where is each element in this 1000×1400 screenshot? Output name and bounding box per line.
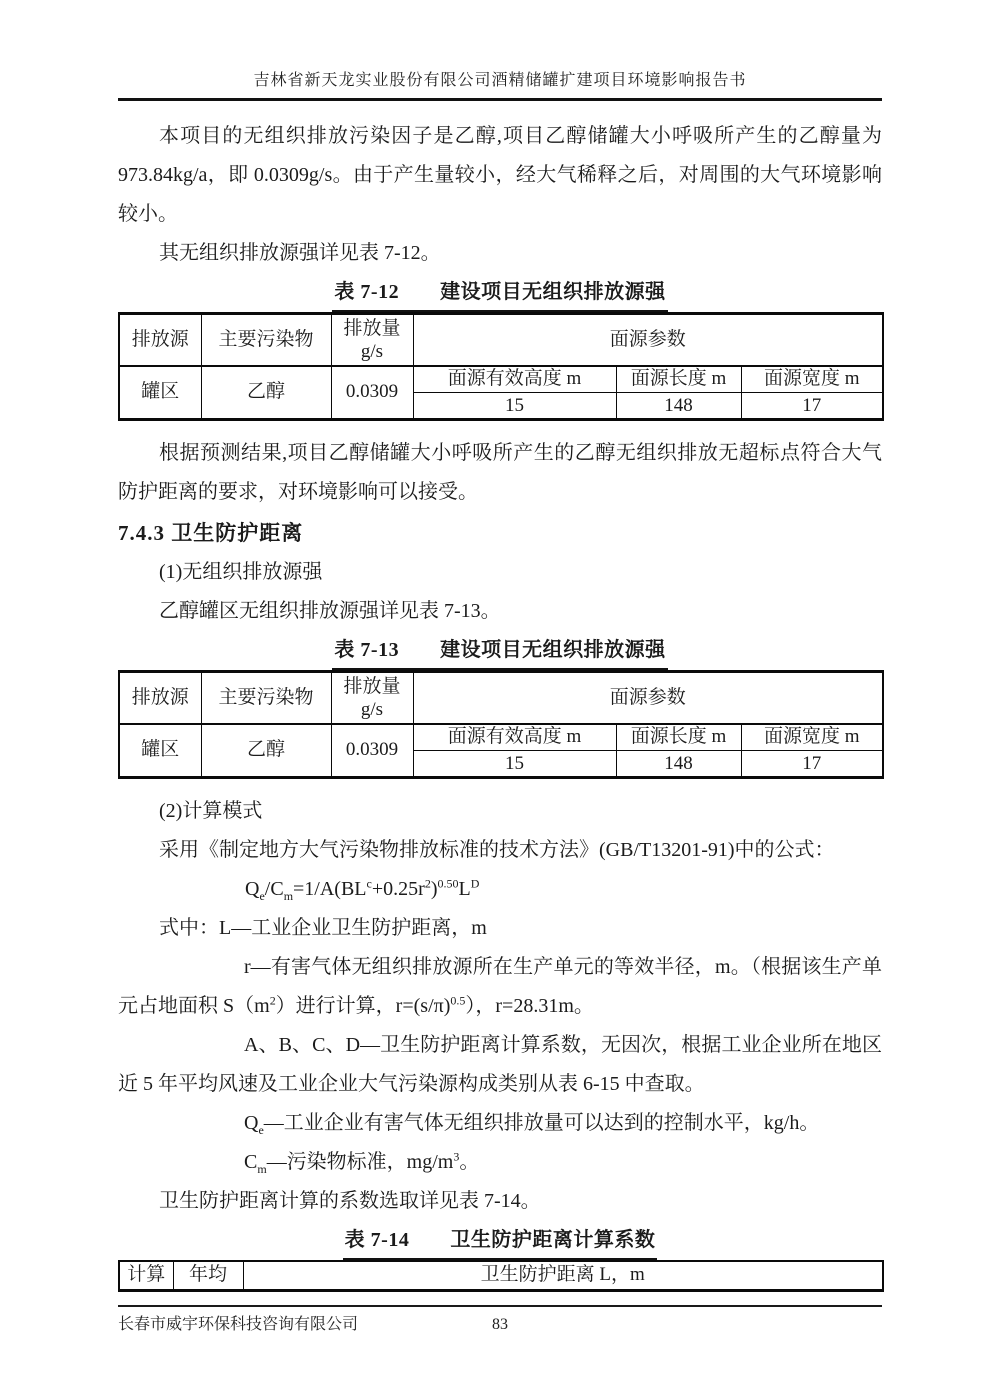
cell-width-value: 17: [741, 393, 883, 420]
header-cell-area-params: 面源参数: [413, 672, 883, 724]
formula-slash-c: /C: [265, 878, 284, 900]
table-7-14: 计算 年均 卫生防护距离 L，m: [118, 1260, 884, 1292]
table-7-13-caption: 表 7-13 建设项目无组织排放源强: [118, 633, 882, 670]
paragraph-see-table-7-14: 卫生防护距离计算的系数选取详见表 7-14。: [118, 1182, 882, 1221]
cell-pollutant-value: 乙醇: [201, 366, 331, 420]
cell-source-value: 罐区: [119, 724, 201, 778]
paragraph-see-table-7-12: 其无组织排放源强详见表 7-12。: [118, 234, 882, 273]
footer-company-name: 长春市威宇环保科技咨询有限公司: [118, 1316, 358, 1333]
list-item-2-calculation-mode: (2)计算模式: [118, 792, 882, 831]
header-rule: [118, 98, 882, 101]
formula-l: L: [458, 878, 470, 900]
table-7-12: 排放源 主要污染物 排放量 g/s 面源参数 罐区 乙醇 0.0309 面源有效…: [118, 312, 884, 421]
cell-length-value: 148: [616, 751, 741, 778]
definition-qe-q: Q: [244, 1112, 258, 1134]
formula-mid: +0.25r: [372, 878, 425, 900]
table-7-12-caption: 表 7-12 建设项目无组织排放源强: [118, 275, 882, 312]
definition-cm-period: 。: [459, 1151, 479, 1173]
cell-pollutant-value: 乙醇: [201, 724, 331, 778]
table-7-12-caption-text: 表 7-12 建设项目无组织排放源强: [332, 275, 667, 312]
formula-exp-d: D: [471, 876, 480, 890]
header-cell-source: 排放源: [119, 672, 201, 724]
subheader-effective-height: 面源有效高度 m: [413, 366, 616, 393]
cell-height-value: 15: [413, 393, 616, 420]
subheader-effective-height: 面源有效高度 m: [413, 724, 616, 751]
page-footer: 长春市威宇环保科技咨询有限公司 83: [118, 1305, 882, 1335]
table-7-13-subheader-row: 罐区 乙醇 0.0309 面源有效高度 m 面源长度 m 面源宽度 m: [119, 724, 883, 751]
definition-cm-sub: m: [257, 1162, 266, 1176]
table-7-13-caption-text: 表 7-13 建设项目无组织排放源强: [332, 633, 667, 670]
definition-cm: Cm—污染物标准，mg/m3。: [118, 1143, 882, 1182]
list-item-1-fugitive-source: (1)无组织排放源强: [118, 553, 882, 592]
cell-height-value: 15: [413, 751, 616, 778]
formula-protection-distance: Qe/Cm=1/A(BLc+0.25r2)0.50LD: [118, 870, 882, 909]
formula-exp-050: 0.50: [437, 876, 458, 890]
table-7-13: 排放源 主要污染物 排放量 g/s 面源参数 罐区 乙醇 0.0309 面源有效…: [118, 670, 884, 779]
cell-source-value: 罐区: [119, 366, 201, 420]
header-cell-rate-line2: g/s: [334, 340, 411, 363]
formula-body: =1/A(BL: [293, 878, 367, 900]
cell-rate-value: 0.0309: [331, 724, 413, 778]
cell-rate-value: 0.0309: [331, 366, 413, 420]
definition-r-text3: ），r=28.31m。: [465, 995, 594, 1017]
header-cell-area-params: 面源参数: [413, 314, 883, 366]
cell-annual-average: 年均: [173, 1261, 243, 1290]
definition-r: r—有害气体无组织排放源所在生产单元的等效半径，m。（根据该生产单元占地面积 S…: [118, 948, 882, 1026]
header-cell-rate-line2: g/s: [334, 698, 411, 721]
header-cell-rate: 排放量 g/s: [331, 672, 413, 724]
subheader-width: 面源宽度 m: [741, 366, 883, 393]
subheader-length: 面源长度 m: [616, 366, 741, 393]
table-7-12-header-row: 排放源 主要污染物 排放量 g/s 面源参数: [119, 314, 883, 366]
header-cell-rate-line1: 排放量: [334, 317, 411, 340]
definition-cm-text: —污染物标准，mg/m: [267, 1151, 454, 1173]
header-cell-rate: 排放量 g/s: [331, 314, 413, 366]
header-cell-rate-line1: 排放量: [334, 675, 411, 698]
definition-l: 式中：L—工业企业卫生防护距离，m: [118, 909, 882, 948]
cell-protection-distance-label: 卫生防护距离 L，m: [243, 1261, 883, 1290]
header-cell-pollutant: 主要污染物: [201, 672, 331, 724]
table-7-14-caption-text: 表 7-14 卫生防护距离计算系数: [343, 1223, 658, 1260]
section-heading-743: 7.4.3 卫生防护距离: [118, 514, 882, 553]
subheader-length: 面源长度 m: [616, 724, 741, 751]
header-cell-source: 排放源: [119, 314, 201, 366]
table-7-13-header-row: 排放源 主要污染物 排放量 g/s 面源参数: [119, 672, 883, 724]
paragraph-fugitive-emission-intro: 本项目的无组织排放污染因子是乙醇,项目乙醇储罐大小呼吸所产生的乙醇量为973.8…: [118, 117, 882, 234]
table-7-14-caption: 表 7-14 卫生防护距离计算系数: [118, 1223, 882, 1260]
footer-page-number: 83: [492, 1315, 508, 1335]
table-7-12-subheader-row: 罐区 乙醇 0.0309 面源有效高度 m 面源长度 m 面源宽度 m: [119, 366, 883, 393]
formula-c-sub: m: [284, 889, 293, 903]
document-page: 吉林省新天龙实业股份有限公司酒精储罐扩建项目环境影响报告书 本项目的无组织排放污…: [0, 0, 1000, 1400]
definition-cm-c: C: [244, 1151, 257, 1173]
table-7-14-header-row: 计算 年均 卫生防护距离 L，m: [119, 1261, 883, 1290]
definition-abcd: A、B、C、D—卫生防护距离计算系数，无因次，根据工业企业所在地区近 5 年平均…: [118, 1026, 882, 1104]
definition-r-sup-05: 0.5: [450, 993, 465, 1007]
formula-q: Q: [245, 878, 259, 900]
definition-qe: Qe—工业企业有害气体无组织排放量可以达到的控制水平，kg/h。: [118, 1104, 882, 1143]
paragraph-see-table-7-13: 乙醇罐区无组织排放源强详见表 7-13。: [118, 592, 882, 631]
definition-qe-text: —工业企业有害气体无组织排放量可以达到的控制水平，kg/h。: [264, 1112, 820, 1134]
definition-r-text2: ）进行计算，r=(s/π): [276, 995, 451, 1017]
paragraph-method-standard: 采用《制定地方大气污染物排放标准的技术方法》(GB/T13201-91)中的公式…: [118, 831, 882, 870]
cell-width-value: 17: [741, 751, 883, 778]
page-header-title: 吉林省新天龙实业股份有限公司酒精储罐扩建项目环境影响报告书: [118, 70, 882, 92]
paragraph-prediction-result: 根据预测结果,项目乙醇储罐大小呼吸所产生的乙醇无组织排放无超标点符合大气防护距离…: [118, 434, 882, 512]
cell-length-value: 148: [616, 393, 741, 420]
cell-calculation: 计算: [119, 1261, 173, 1290]
header-cell-pollutant: 主要污染物: [201, 314, 331, 366]
subheader-width: 面源宽度 m: [741, 724, 883, 751]
